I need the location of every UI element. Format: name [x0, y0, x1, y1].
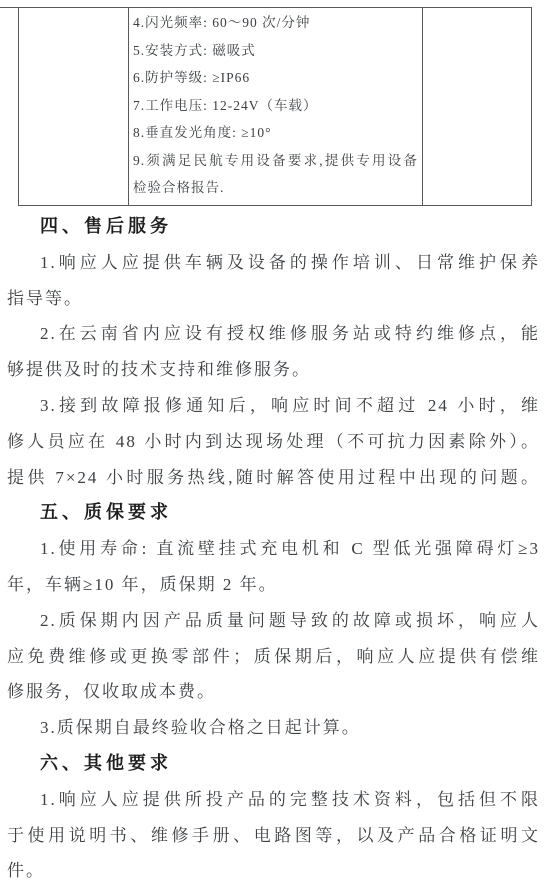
- table-border-left: [18, 7, 19, 206]
- body-text-line: 够提供及时的技术支持和维修服务。: [7, 352, 540, 388]
- body-text-line: 2.质保期内因产品质量问题导致的故障或损坏，响应人: [7, 603, 540, 639]
- body-text-line: 2.在云南省内应设有授权维修服务站或特约维修点，能: [7, 316, 540, 352]
- spec-line-voltage: 7.工作电压: 12-24V（车载）: [133, 92, 418, 120]
- body-text-line: 指导等。: [7, 281, 540, 317]
- body-text-line: 1.使用寿命: 直流壁挂式充电机和 C 型低光强障碍灯≥3: [7, 531, 540, 567]
- spec-line-flash-frequency: 4.闪光频率: 60～90 次/分钟: [133, 9, 418, 37]
- section-heading-other-requirements: 六、其他要求: [7, 746, 540, 782]
- body-text-line: 件。: [7, 853, 540, 883]
- body-text-line: 修服务，仅收取成本费。: [7, 674, 540, 710]
- document-page: 4.闪光频率: 60～90 次/分钟 5.安装方式: 磁吸式 6.防护等级: ≥…: [0, 0, 550, 883]
- spec-line-certification: 9.须满足民航专用设备要求,提供专用设备: [133, 147, 418, 175]
- table-column-divider-1: [128, 7, 129, 206]
- spec-line-protection: 6.防护等级: ≥IP66: [133, 64, 418, 92]
- body-text-line: 年，车辆≥10 年，质保期 2 年。: [7, 567, 540, 603]
- body-text-line: 3.质保期自最终验收合格之日起计算。: [7, 710, 540, 746]
- spec-line-mounting: 5.安装方式: 磁吸式: [133, 37, 418, 65]
- document-body: 四、售后服务 1.响应人应提供车辆及设备的操作培训、日常维护保养 指导等。 2.…: [7, 209, 540, 883]
- table-column-divider-2: [422, 7, 423, 206]
- table-spec-cell: 4.闪光频率: 60～90 次/分钟 5.安装方式: 磁吸式 6.防护等级: ≥…: [133, 9, 418, 202]
- body-text-line: 1.响应人应提供所投产品的完整技术资料，包括但不限: [7, 782, 540, 818]
- section-heading-warranty: 五、质保要求: [7, 495, 540, 531]
- table-border-bottom: [18, 205, 532, 206]
- body-text-line: 于使用说明书、维修手册、电路图等，以及产品合格证明文: [7, 818, 540, 854]
- body-text-line: 提供 7×24 小时服务热线,随时解答使用过程中出现的问题。: [7, 460, 540, 496]
- section-heading-after-sales: 四、售后服务: [7, 209, 540, 245]
- spec-line-beam-angle: 8.垂直发光角度: ≥10°: [133, 119, 418, 147]
- body-text-line: 应免费维修或更换零部件；质保期后，响应人应提供有偿维: [7, 639, 540, 675]
- table-border-top: [0, 7, 532, 8]
- body-text-line: 3.接到故障报修通知后，响应时间不超过 24 小时，维: [7, 388, 540, 424]
- spec-line-certification-2: 检验合格报告.: [133, 174, 418, 202]
- body-text-line: 1.响应人应提供车辆及设备的操作培训、日常维护保养: [7, 245, 540, 281]
- table-border-right: [531, 7, 532, 206]
- body-text-line: 修人员应在 48 小时内到达现场处理（不可抗力因素除外）。: [7, 424, 540, 460]
